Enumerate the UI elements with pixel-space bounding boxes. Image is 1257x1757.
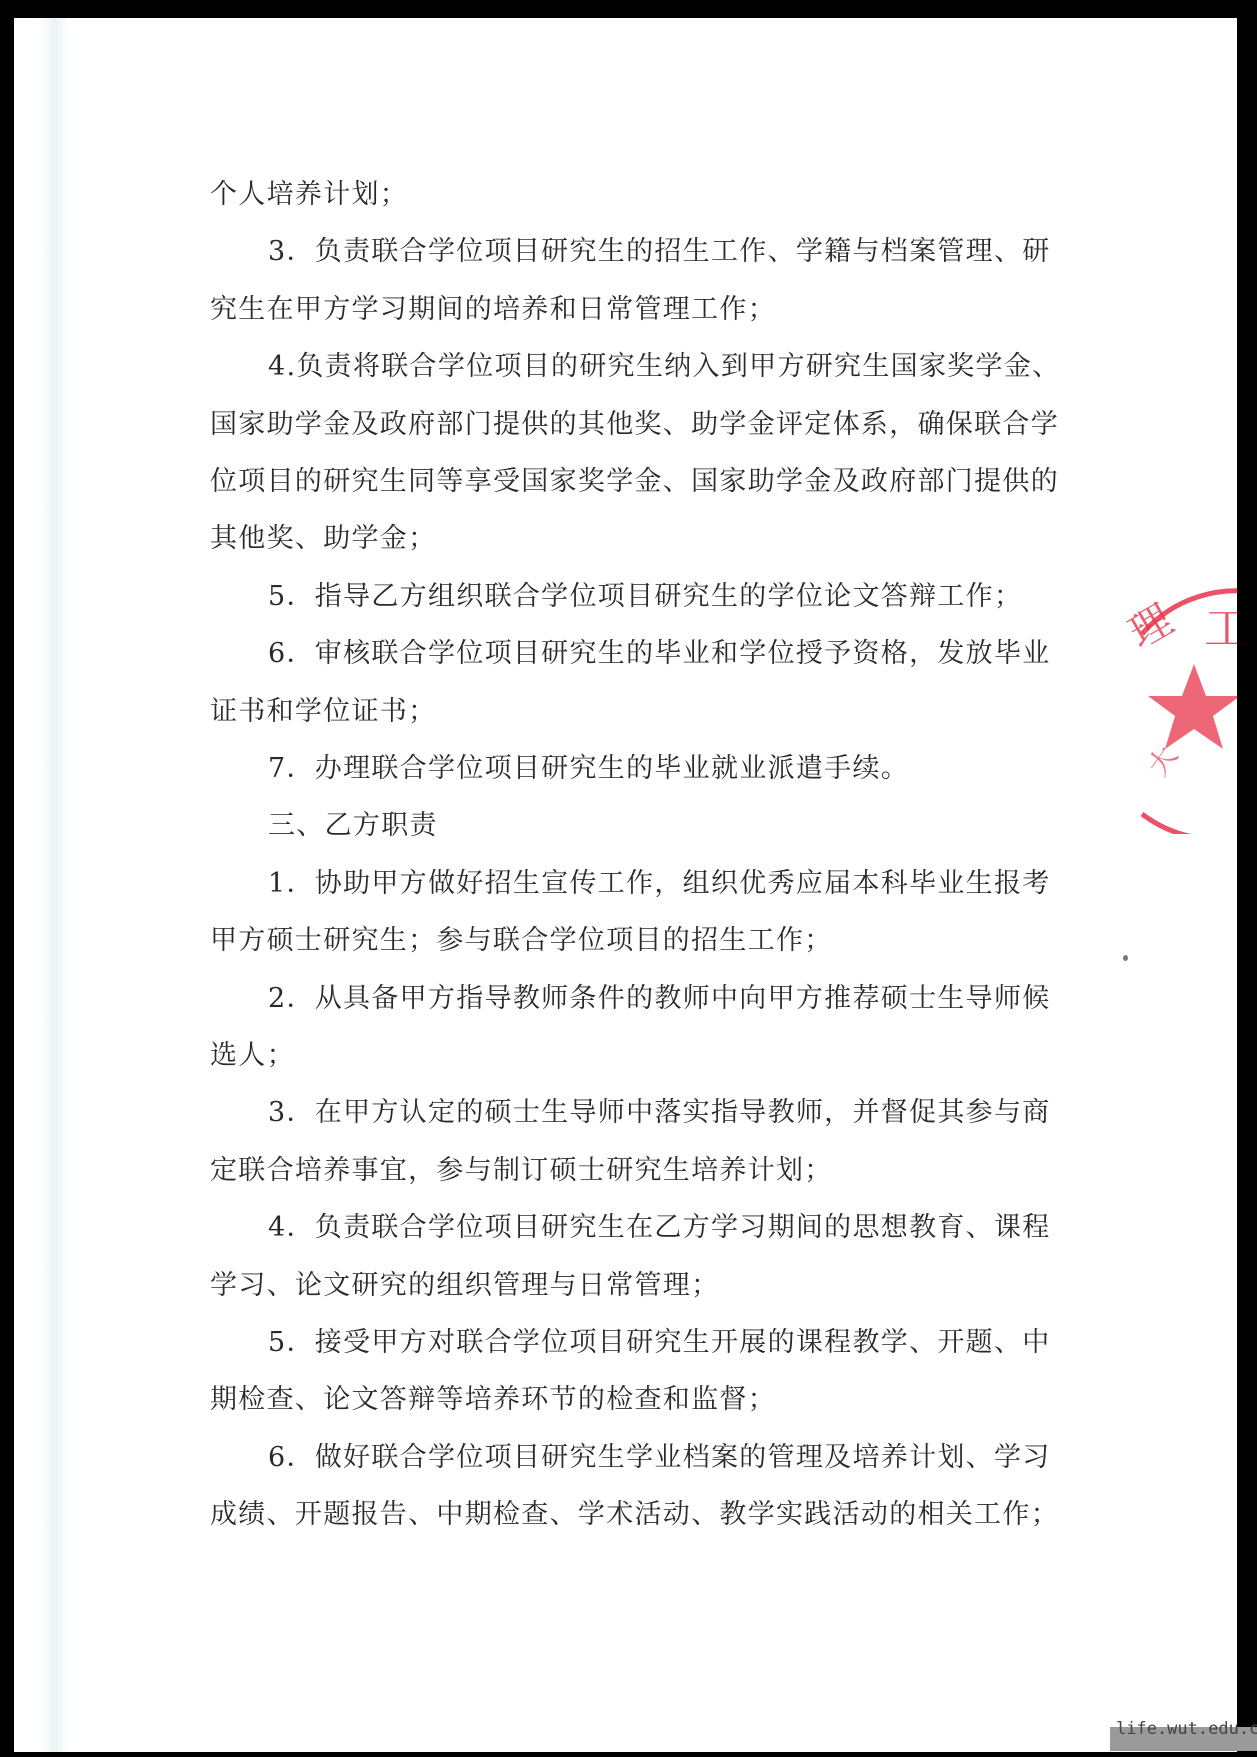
document-line: 6．审核联合学位项目研究生的毕业和学位授予资格，发放毕业 <box>268 637 1051 671</box>
document-line: 位项目的研究生同等享受国家奖学金、国家助学金及政府部门提供的 <box>210 465 1059 499</box>
document-line: 成绩、开题报告、中期检查、学术活动、教学实践活动的相关工作； <box>210 1498 1059 1532</box>
document-line: 3．在甲方认定的硕士生导师中落实指导教师，并督促其参与商 <box>268 1096 1051 1130</box>
watermark: life.wut.edu.cn <box>1110 1727 1257 1751</box>
document-line: 6．做好联合学位项目研究生学业档案的管理及培养计划、学习 <box>268 1441 1051 1475</box>
watermark-text: life.wut.edu.cn <box>1116 1719 1257 1739</box>
scan-border-right <box>1237 0 1257 1757</box>
document-line: 其他奖、助学金； <box>210 522 436 556</box>
document-line: 5．指导乙方组织联合学位项目研究生的学位论文答辩工作； <box>268 580 1022 614</box>
scanned-page: 个人培养计划；3．负责联合学位项目研究生的招生工作、学籍与档案管理、研究生在甲方… <box>14 18 1237 1752</box>
document-line: 三、乙方职责 <box>268 809 438 843</box>
document-line: 甲方硕士研究生；参与联合学位项目的招生工作； <box>210 924 833 958</box>
document-line: 选人； <box>210 1039 295 1073</box>
svg-text:大: 大 <box>1141 740 1184 782</box>
official-seal-icon: 理 工 大 <box>1114 574 1257 834</box>
document-line: 7．办理联合学位项目研究生的毕业就业派遣手续。 <box>268 752 909 786</box>
document-line: 3．负责联合学位项目研究生的招生工作、学籍与档案管理、研 <box>268 235 1051 269</box>
document-line: 4．负责联合学位项目研究生在乙方学习期间的思想教育、课程 <box>268 1211 1051 1245</box>
document-line: 1．协助甲方做好招生宣传工作，组织优秀应届本科毕业生报考 <box>268 867 1051 901</box>
seal-star-icon <box>1148 664 1240 749</box>
svg-text:理: 理 <box>1120 594 1181 657</box>
document-line: 个人培养计划； <box>210 178 408 212</box>
document-line: 期检查、论文答辩等培养环节的检查和监督； <box>210 1383 776 1417</box>
document-line: 4.负责将联合学位项目的研究生纳入到甲方研究生国家奖学金、 <box>268 350 1060 384</box>
document-line: 学习、论文研究的组织管理与日常管理； <box>210 1269 719 1303</box>
scan-speck <box>1123 955 1128 961</box>
document-line: 究生在甲方学习期间的培养和日常管理工作； <box>210 293 776 327</box>
document-line: 2．从具备甲方指导教师条件的教师中向甲方推荐硕士生导师候 <box>268 982 1051 1016</box>
document-line: 证书和学位证书； <box>210 695 436 729</box>
document-line: 定联合培养事宜，参与制订硕士研究生培养计划； <box>210 1154 833 1188</box>
document-line: 国家助学金及政府部门提供的其他奖、助学金评定体系，确保联合学 <box>210 408 1059 442</box>
scan-edge-shading <box>40 18 70 1752</box>
document-line: 5．接受甲方对联合学位项目研究生开展的课程教学、开题、中 <box>268 1326 1051 1360</box>
